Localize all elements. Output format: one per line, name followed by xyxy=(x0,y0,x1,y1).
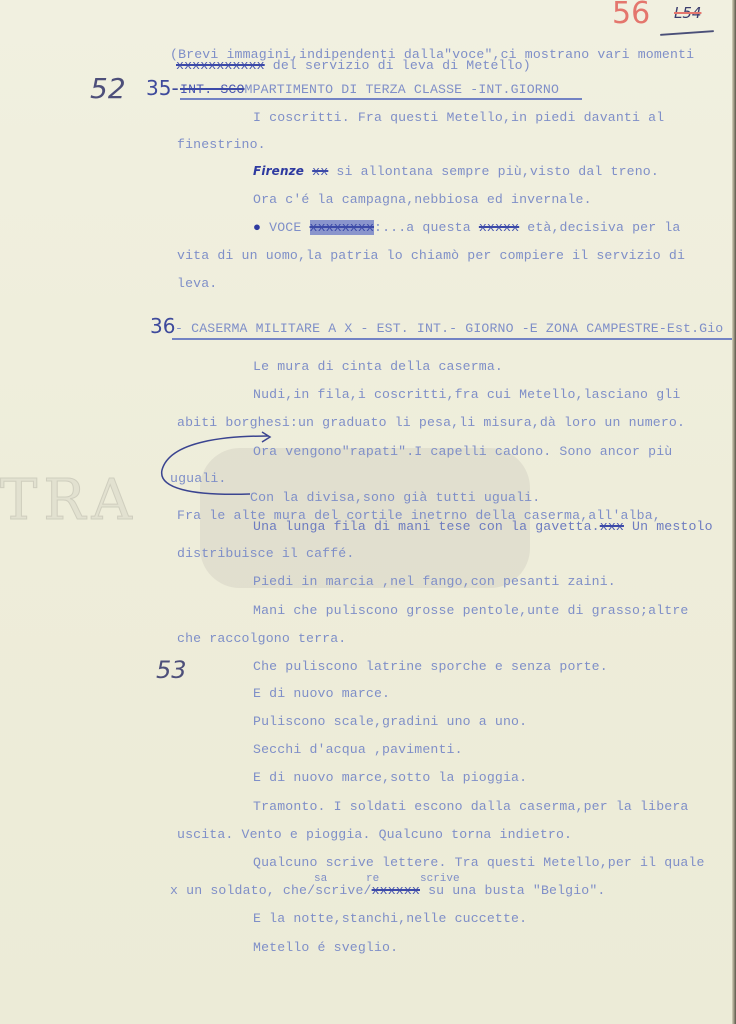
scene-36-line: Con la divisa,sono già tutti uguali. xyxy=(250,490,540,505)
margin-number-53: 53 xyxy=(156,656,187,684)
scene-36-line: abiti borghesi:un graduato li pesa,li mi… xyxy=(177,415,685,430)
scene-36-line: Ora vengono"rapati".I capelli cadono. So… xyxy=(253,444,672,459)
scene-36-line: E la notte,stanchi,nelle cuccette. xyxy=(253,911,527,926)
line-text: su una busta "Belgio". xyxy=(420,883,605,898)
scene-35-line: finestrino. xyxy=(177,137,266,152)
page-number-red: 56 xyxy=(612,0,650,31)
scene-35-heading-text: MPARTIMENTO DI TERZA CLASSE -INT.GIORNO xyxy=(245,82,560,97)
page-number-old-text: L54 xyxy=(674,4,701,22)
scene-35-line: Ora c'é la campagna,nebbiosa ed invernal… xyxy=(253,192,592,207)
scene-35-underline xyxy=(180,98,582,100)
intro-line-2-text: del servizio di leva di Metello) xyxy=(265,58,531,73)
voce-text-b: età,decisiva per la xyxy=(519,220,680,235)
scene-36-line: Una lunga fila di mani tese con la gavet… xyxy=(253,519,713,534)
struck-text: xxxxxxxx xyxy=(310,220,375,235)
line-text: x un soldato, che/scrive/ xyxy=(170,883,372,898)
scene-36-line: E di nuovo marce. xyxy=(253,686,390,701)
scene-36-line: Puliscono scale,gradini uno a uno. xyxy=(253,714,527,729)
handwritten-firenze: Firenze xyxy=(253,164,304,178)
struck-text: xxxxxx xyxy=(372,883,420,898)
scene-36-heading: - CASERMA MILITARE A X - EST. INT.- GIOR… xyxy=(175,321,723,336)
scene-35-voce-line: ● VOCE xxxxxxxx:...a questa xxxxx età,de… xyxy=(253,220,680,235)
scene-36-line: Piedi in marcia ,nel fango,con pesanti z… xyxy=(253,574,616,589)
scene-36-line: Le mura di cinta della caserma. xyxy=(253,359,503,374)
scene-35-heading: INT. SCOMPARTIMENTO DI TERZA CLASSE -INT… xyxy=(180,82,559,97)
margin-number-52: 52 xyxy=(90,72,126,105)
struck-text: xxxxx xyxy=(479,220,519,235)
struck-text: xxx xyxy=(600,519,624,534)
voce-text-a: :...a questa xyxy=(374,220,479,235)
scene-36-line: uscita. Vento e pioggia. Qualcuno torna … xyxy=(177,827,572,842)
scene-36-line: Secchi d'acqua ,pavimenti. xyxy=(253,742,463,757)
page-edge-shadow xyxy=(732,0,736,1024)
scene-36-line: Metello é sveglio. xyxy=(253,940,398,955)
scene-35-line: Firenze xx si allontana sempre più,visto… xyxy=(253,164,659,179)
scene-35-line: leva. xyxy=(177,276,217,291)
scene-35-number: 35- xyxy=(146,76,179,100)
scene-36-line: x un soldato, che/scrive/xxxxxx su una b… xyxy=(170,883,605,898)
scene-35-line: I coscritti. Fra questi Metello,in piedi… xyxy=(253,110,664,125)
intro-line-2: xxxxxxxxxxx del servizio di leva di Mete… xyxy=(176,58,531,73)
scene-36-line: Qualcuno scrive lettere. Tra questi Mete… xyxy=(253,855,705,870)
line-text: Un mestolo xyxy=(624,519,713,534)
scene-35-heading-struck: INT. SCO xyxy=(180,82,245,97)
scene-36-line: E di nuovo marce,sotto la pioggia. xyxy=(253,770,527,785)
scene-36-line: Nudi,in fila,i coscritti,fra cui Metello… xyxy=(253,387,680,402)
scene-35-line-text: si allontana sempre più,visto dal treno. xyxy=(328,164,659,179)
struck-text: xx xyxy=(312,164,328,179)
scene-36-number: 36 xyxy=(150,314,175,338)
scene-36-line: distribuisce il caffé. xyxy=(177,546,354,561)
document-page: TRA 56 L54 (Brevi immagini,indipendenti … xyxy=(0,0,736,1024)
scene-36-underline xyxy=(172,338,736,340)
watermark: TRA xyxy=(0,468,138,533)
scene-36-line: che raccolgono terra. xyxy=(177,631,346,646)
scene-36-line: Mani che puliscono grosse pentole,unte d… xyxy=(253,603,688,618)
page-number-underline xyxy=(660,30,714,36)
intro-struck-text: xxxxxxxxxxx xyxy=(176,58,265,73)
page-number-old: L54 xyxy=(674,4,701,22)
voce-label: VOCE xyxy=(269,220,301,235)
line-text: Una lunga fila di mani tese con la gavet… xyxy=(253,519,600,534)
scene-36-line: uguali. xyxy=(170,471,226,486)
scene-36-line: Che puliscono latrine sporche e senza po… xyxy=(253,659,608,674)
scene-36-line: Tramonto. I soldati escono dalla caserma… xyxy=(253,799,688,814)
ink-blot: ● xyxy=(253,220,261,235)
scene-35-line: vita di un uomo,la patria lo chiamò per … xyxy=(177,248,685,263)
